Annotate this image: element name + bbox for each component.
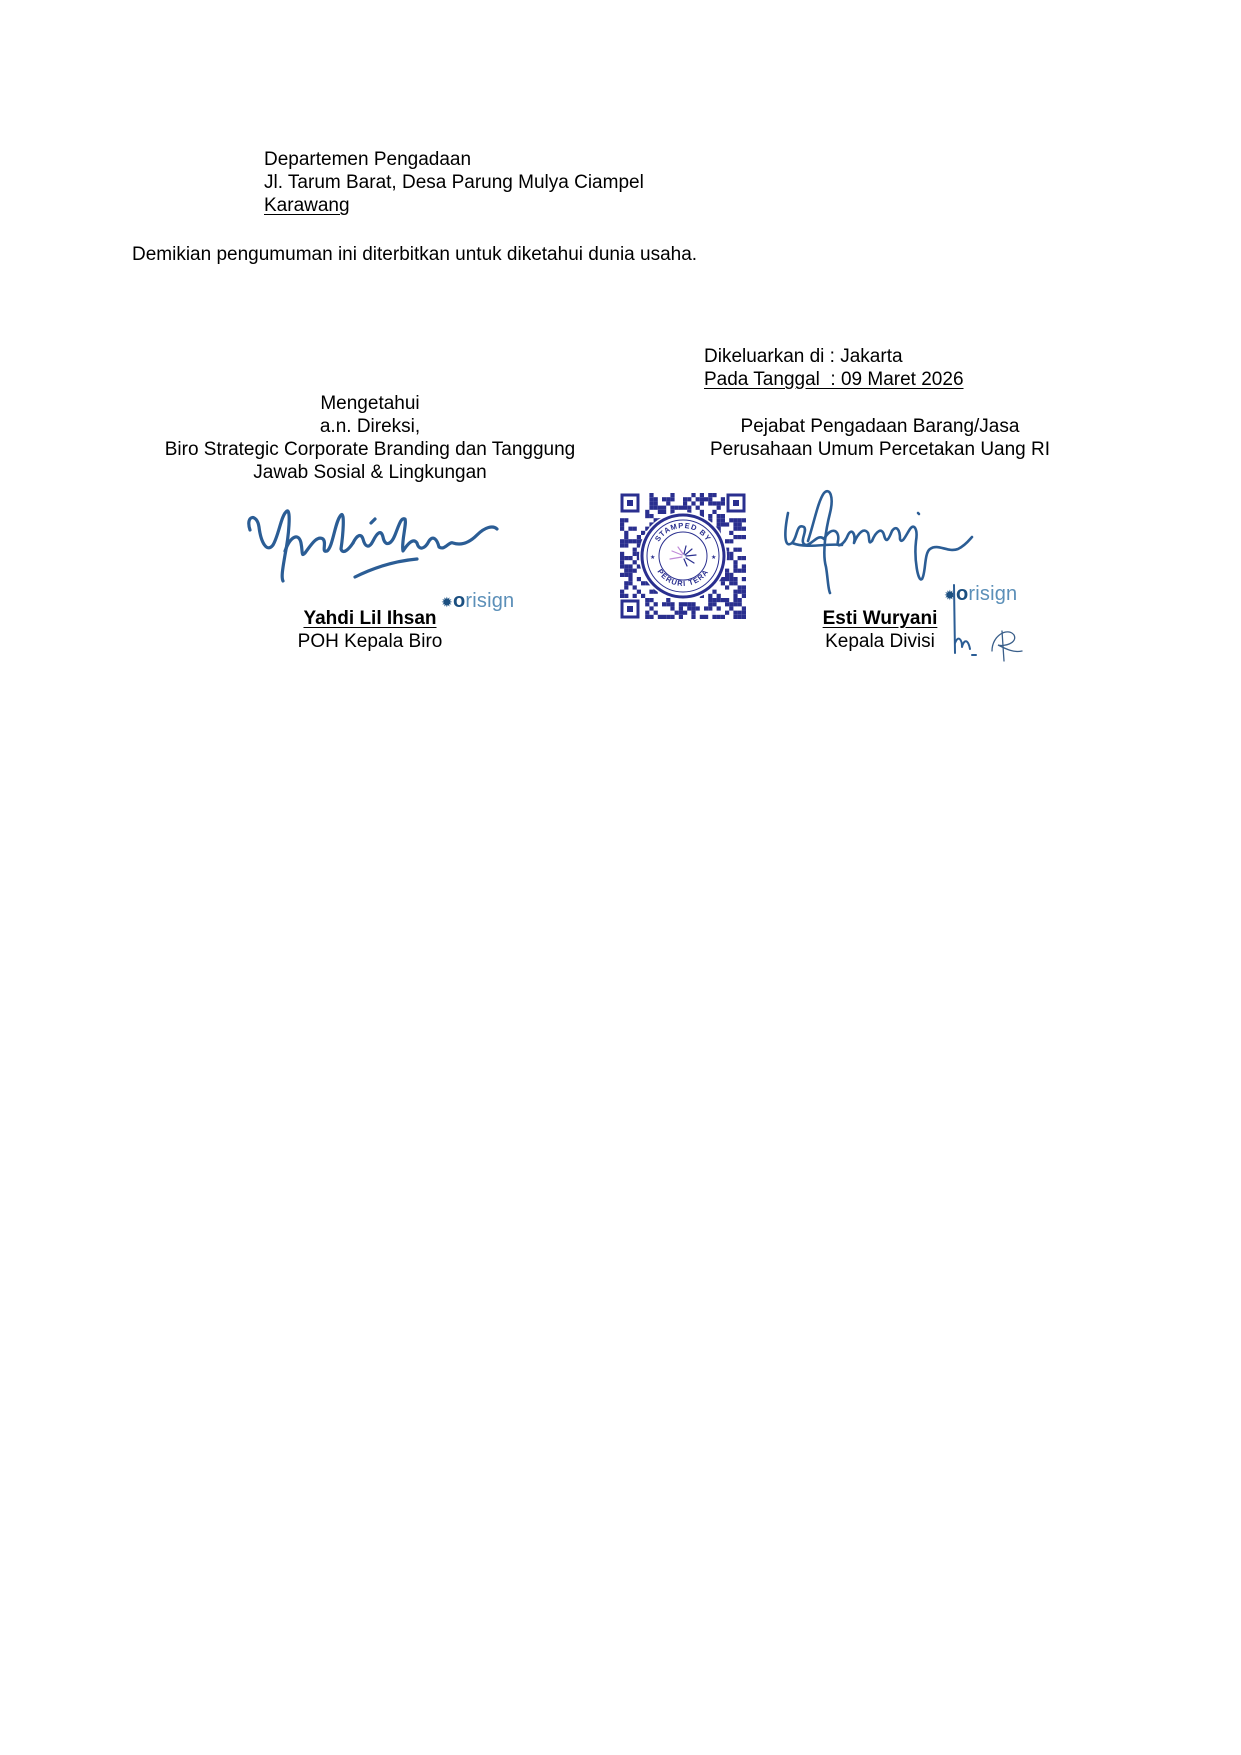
left-heading-2: a.n. Direksi, (130, 415, 610, 438)
address-line-2: Jl. Tarum Barat, Desa Parung Mulya Ciamp… (264, 171, 644, 194)
address-line-3: Karawang (264, 194, 350, 217)
right-heading-2: Perusahaan Umum Percetakan Uang RI (680, 438, 1080, 461)
left-heading-1: Mengetahui (130, 392, 610, 415)
right-signatory-title: Kepala Divisi (800, 630, 960, 653)
initials-paraf-icon (948, 583, 1028, 663)
svg-text:★: ★ (650, 554, 655, 561)
left-signatory-title: POH Kepala Biro (250, 630, 490, 653)
left-signature-icon (245, 505, 505, 595)
left-heading-4: Jawab Sosial & Lingkungan (130, 461, 610, 484)
right-heading-1: Pejabat Pengadaan Barang/Jasa (680, 415, 1080, 438)
issued-date: Pada Tanggal : 09 Maret 2026 (704, 368, 964, 391)
right-signatory-heading: Pejabat Pengadaan Barang/Jasa Perusahaan… (680, 415, 1080, 461)
left-signatory-heading: Mengetahui a.n. Direksi, Biro Strategic … (130, 392, 610, 484)
svg-text:★: ★ (711, 554, 716, 561)
qr-stamp-icon[interactable]: STAMPED BY PERURI TERA ★ ★ (620, 493, 746, 619)
right-signatory-name-block: Esti Wuryani Kepala Divisi (800, 607, 960, 653)
issued-place: Dikeluarkan di : Jakarta (704, 345, 903, 368)
left-signatory-name-block: Yahdi Lil Ihsan POH Kepala Biro (250, 607, 490, 653)
closing-statement: Demikian pengumuman ini diterbitkan untu… (132, 243, 697, 266)
right-signatory-name: Esti Wuryani (800, 607, 960, 630)
left-signatory-name: Yahdi Lil Ihsan (250, 607, 490, 630)
address-line-1: Departemen Pengadaan (264, 148, 471, 171)
left-heading-3: Biro Strategic Corporate Branding dan Ta… (130, 438, 610, 461)
